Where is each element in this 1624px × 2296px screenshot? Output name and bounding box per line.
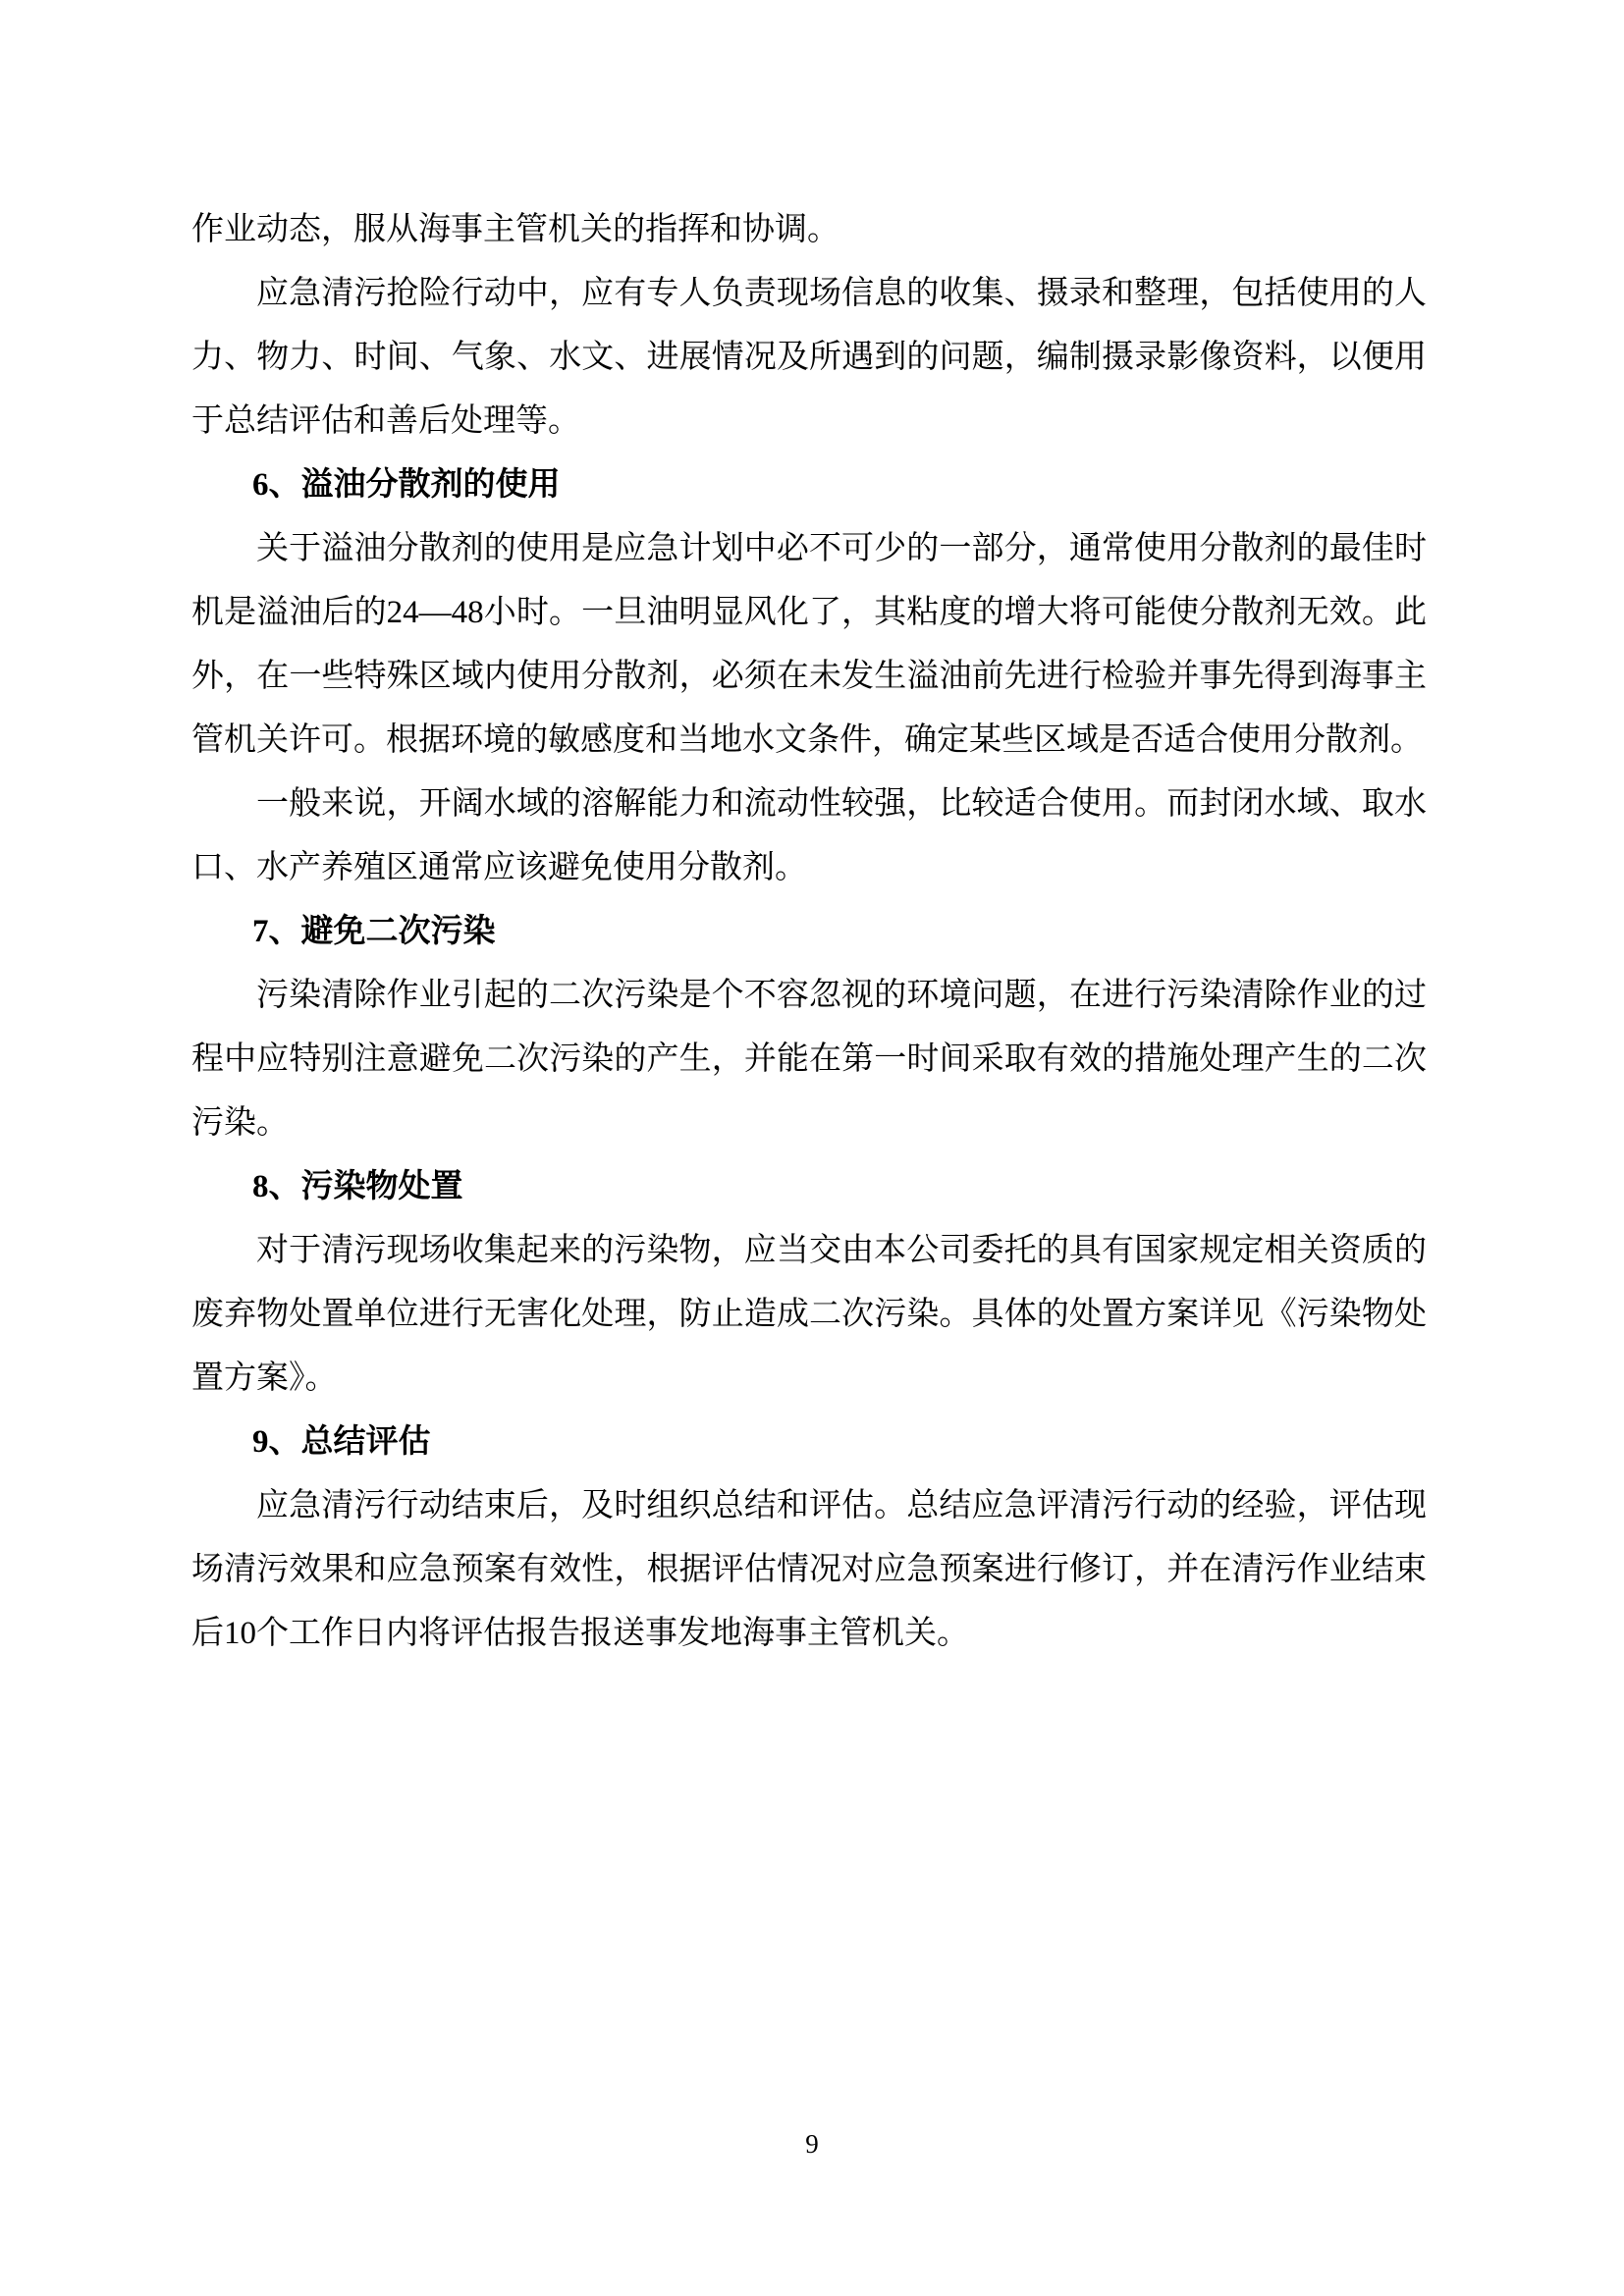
- paragraph-dispersant-timing: 关于溢油分散剂的使用是应急计划中必不可少的一部分，通常使用分散剂的最佳时机是溢油…: [191, 517, 1427, 773]
- section-heading-6-dispersant-use: 6、溢油分散剂的使用: [191, 454, 1427, 517]
- document-page: 作业动态，服从海事主管机关的指挥和协调。 应急清污抢险行动中，应有专人负责现场信…: [0, 0, 1624, 2296]
- paragraph-summary-evaluation: 应急清污行动结束后，及时组织总结和评估。总结应急评清污行动的经验，评估现场清污效…: [191, 1474, 1427, 1666]
- page-number: 9: [0, 2128, 1624, 2160]
- paragraph-info-collection: 应急清污抢险行动中，应有专人负责现场信息的收集、摄录和整理，包括使用的人力、物力…: [191, 262, 1427, 454]
- section-heading-7-avoid-secondary-pollution: 7、避免二次污染: [191, 900, 1427, 964]
- section-heading-9-summary-evaluation: 9、总结评估: [191, 1411, 1427, 1474]
- section-heading-8-pollutant-disposal: 8、污染物处置: [191, 1155, 1427, 1219]
- paragraph-pollutant-disposal: 对于清污现场收集起来的污染物，应当交由本公司委托的具有国家规定相关资质的废弃物处…: [191, 1219, 1427, 1411]
- paragraph-continuation: 作业动态，服从海事主管机关的指挥和协调。: [191, 198, 1427, 262]
- paragraph-secondary-pollution: 污染清除作业引起的二次污染是个不容忽视的环境问题，在进行污染清除作业的过程中应特…: [191, 964, 1427, 1155]
- paragraph-dispersant-areas: 一般来说，开阔水域的溶解能力和流动性较强，比较适合使用。而封闭水域、取水口、水产…: [191, 773, 1427, 900]
- document-body: 作业动态，服从海事主管机关的指挥和协调。 应急清污抢险行动中，应有专人负责现场信…: [191, 198, 1427, 1666]
